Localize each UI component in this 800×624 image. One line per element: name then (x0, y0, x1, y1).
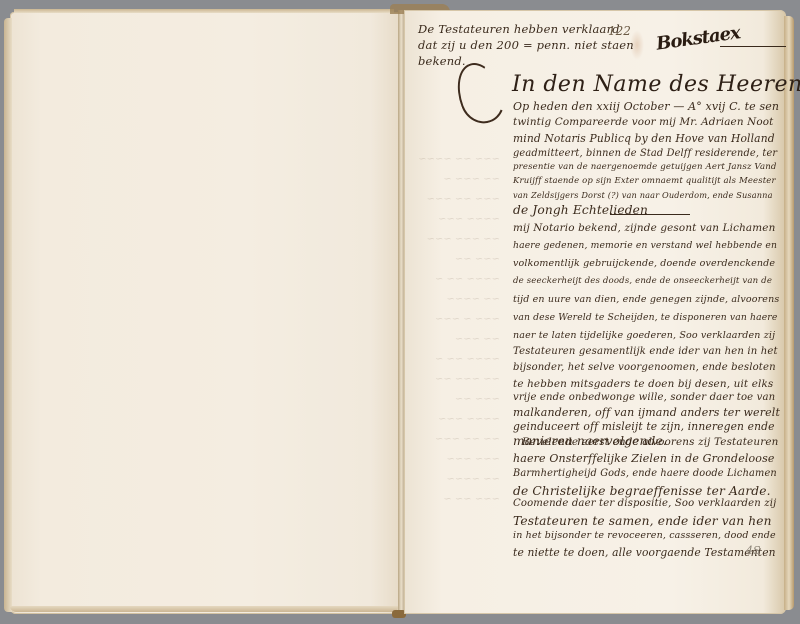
body-line-5: presentie van de naergenoemde getuijgen … (513, 162, 777, 172)
body-line-1: Op heden den xxiij October — A° xvij C. … (513, 100, 779, 113)
pencil-mark: 4S (746, 544, 761, 557)
body-line-30: te niette te doen, alle voorgaende Testa… (513, 546, 776, 559)
body-line-3: mind Notaris Publicq by den Hove van Hol… (513, 132, 775, 145)
body-line-10: haere gedenen, memorie en verstand wel h… (513, 240, 777, 251)
bleed-through-text: ~~~ ~~ ~~~~~~ ~~~ ~~~~ ~~ ~~~~~~~ ~~~~~ … (410, 150, 500, 530)
left-page-edge (10, 606, 398, 612)
body-line-28: Testateuren te samen, ende ider van hen (513, 514, 772, 528)
body-line-27: Coomende daer ter dispositie, Soo verkla… (513, 498, 776, 509)
body-line-6: Kruijff staende op sijn Exter omnaemt qu… (513, 176, 776, 186)
body-line-9: mij Notario bekend, zijnde gesont van Li… (513, 222, 775, 234)
body-line-23: Bevelende eerst ende alvoorens zij Testa… (522, 436, 778, 448)
body-line-29: in het bijsonder te revoceeren, casssere… (513, 530, 776, 541)
filler-dash (610, 214, 690, 215)
body-line-2: twintig Compareerde voor mij Mr. Adriaen… (513, 116, 774, 128)
body-line-13: tijd en uure van dien, ende genegen zijn… (513, 294, 779, 305)
document-heading: In den Name des Heeren Amen. (512, 72, 800, 97)
body-line-16: Testateuren gesamentlijk ende ider van h… (513, 346, 778, 357)
signature-underline (720, 46, 786, 47)
body-line-11: volkomentlijk gebruijckende, doende over… (513, 258, 775, 269)
body-line-7: van Zeldsijgers Dorst (?) van naar Ouder… (513, 190, 773, 200)
body-line-17: bijsonder, het selve voorgenoomen, ende … (513, 362, 776, 373)
body-line-25: Barmhertigheijd Gods, ende haere doode L… (513, 468, 777, 479)
body-line-24: haere Onsterffelijke Zielen in de Gronde… (513, 452, 775, 465)
body-line-4: geadmitteert, binnen de Stad Delff resid… (513, 148, 777, 159)
body-line-12: de seeckerheijt des doods, ende de onsee… (513, 276, 772, 286)
body-line-15: naer te laten tijdelijke goederen, Soo v… (513, 330, 775, 341)
marginal-note-line-1: De Testateuren hebben verklaard (418, 22, 620, 36)
marginal-note-line-2: dat zij u den 200 = penn. niet staen (418, 38, 634, 52)
body-line-19: vrije ende onbedwonge wille, sonder daer… (513, 392, 775, 403)
body-line-20: malkanderen, off van ijmand anders ter w… (513, 406, 780, 419)
folio-number: 122 (608, 24, 631, 38)
marginal-note-line-3: bekend. (418, 54, 466, 68)
body-line-21: geinduceert off misleijt te zijn, innere… (513, 420, 775, 433)
body-line-18: te hebben mitsgaders te doen bij desen, … (513, 378, 773, 390)
body-line-14: van dese Wereld te Scheijden, te dispone… (513, 312, 777, 323)
body-line-26: de Christelijke begraeffenisse ter Aarde… (513, 484, 771, 498)
left-page-blank (10, 12, 402, 614)
